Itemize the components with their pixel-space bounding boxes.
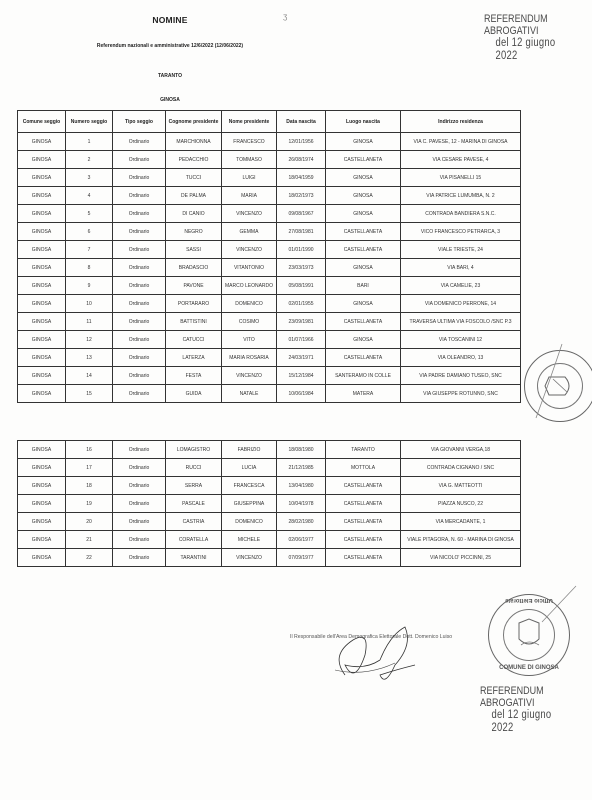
table-cell: Ordinario (113, 549, 166, 567)
table-cell: GINOSA (18, 241, 66, 259)
table-cell: Ordinario (113, 495, 166, 513)
table-cell: 19 (66, 495, 113, 513)
table-cell: 10/04/1978 (277, 495, 326, 513)
table-cell: VIALE TRIESTE, 24 (401, 241, 521, 259)
table-cell: VINCENZO (222, 367, 277, 385)
table-cell: 18/04/1959 (277, 169, 326, 187)
pen-mark: ʒ (283, 12, 287, 21)
table-cell: Ordinario (113, 367, 166, 385)
table-cell: LUIGI (222, 169, 277, 187)
pen-stroke-bottom-icon (540, 584, 580, 624)
table-cell: VIA PATRICE LUMUMBA, N. 2 (401, 187, 521, 205)
table-cell: GINOSA (18, 151, 66, 169)
table-cell: VICO FRANCESCO PETRARCA, 3 (401, 223, 521, 241)
table-cell: MARIA (222, 187, 277, 205)
table-cell: DOMENICO (222, 513, 277, 531)
table-row: GINOSA7OrdinarioSASSIVINCENZO01/01/1990C… (18, 241, 521, 259)
table-row: GINOSA19OrdinarioPASCALEGIUSEPPINA10/04/… (18, 495, 521, 513)
referendum-stamp-top: REFERENDUM ABROGATIVI del 12 giugno 2022 (484, 13, 573, 62)
table-cell: TARANTINI (166, 549, 222, 567)
table-cell: Ordinario (113, 223, 166, 241)
table-cell: LOMAGISTRO (166, 441, 222, 459)
table-cell: GINOSA (18, 205, 66, 223)
table-cell: BRADASCIO (166, 259, 222, 277)
table-cell: RUCCI (166, 459, 222, 477)
table-cell: 3 (66, 169, 113, 187)
table-cell: 9 (66, 277, 113, 295)
table-cell: SASSI (166, 241, 222, 259)
table-cell: CASTELLANETA (326, 531, 401, 549)
table-cell: 1 (66, 133, 113, 151)
table-cell: VIA GIOVANNI VERGA,18 (401, 441, 521, 459)
table-cell: GINOSA (18, 313, 66, 331)
table-cell: VIA TOSCANINI 12 (401, 331, 521, 349)
table-cell: VINCENZO (222, 241, 277, 259)
table-cell: 13 (66, 349, 113, 367)
table-cell: 23/09/1981 (277, 313, 326, 331)
table-row: GINOSA14OrdinarioFESTAVINCENZO15/12/1984… (18, 367, 521, 385)
table-cell: FABRIZIO (222, 441, 277, 459)
table-cell: CASTRIA (166, 513, 222, 531)
table-cell: Ordinario (113, 349, 166, 367)
table-cell: FRANCESCA (222, 477, 277, 495)
table-cell: 18/08/1980 (277, 441, 326, 459)
table-cell: 15/12/1984 (277, 367, 326, 385)
table-cell: FRANCESCO (222, 133, 277, 151)
column-header: Data nascita (277, 111, 326, 133)
column-header: Nome presidente (222, 111, 277, 133)
table-cell: GINOSA (18, 223, 66, 241)
table-cell: DI CANIO (166, 205, 222, 223)
table-cell: Ordinario (113, 331, 166, 349)
table-cell: 21 (66, 531, 113, 549)
table-cell: GINOSA (326, 205, 401, 223)
table-cell: Ordinario (113, 205, 166, 223)
table-cell: TOMMASO (222, 151, 277, 169)
table-row: GINOSA3OrdinarioTUCCILUIGI18/04/1959GINO… (18, 169, 521, 187)
table-cell: GINOSA (18, 385, 66, 403)
table-cell: NEGRO (166, 223, 222, 241)
table-cell: 12/01/1956 (277, 133, 326, 151)
table-cell: VIA PISANELLI 15 (401, 169, 521, 187)
table-cell: VIA CESARE PAVESE, 4 (401, 151, 521, 169)
table-row: GINOSA2OrdinarioPEDACCHIOTOMMASO26/08/19… (18, 151, 521, 169)
table-cell: CASTELLANETA (326, 513, 401, 531)
table-cell: CASTELLANETA (326, 495, 401, 513)
table-cell: FESTA (166, 367, 222, 385)
nomine-table-page1: Comune seggioNumero seggioTipo seggioCog… (17, 110, 521, 403)
referendum-stamp-bottom: REFERENDUM ABROGATIVI del 12 giugno 2022 (480, 685, 572, 734)
table-cell: 16 (66, 441, 113, 459)
table-cell: 01/07/1966 (277, 331, 326, 349)
table-cell: VIA PADRE DAMIANO TUSEO, SNC (401, 367, 521, 385)
document-title: NOMINE (0, 15, 340, 25)
table-cell: GINOSA (18, 495, 66, 513)
table-cell: GINOSA (326, 187, 401, 205)
table-cell: LATERZA (166, 349, 222, 367)
table-cell: CONTRADA CIGNANO / SNC (401, 459, 521, 477)
table-header-row: Comune seggioNumero seggioTipo seggioCog… (18, 111, 521, 133)
table-cell: SERRA (166, 477, 222, 495)
table-cell: 10/06/1984 (277, 385, 326, 403)
table-cell: CASTELLANETA (326, 549, 401, 567)
seal-outer-text: COMUNE DI GINOSA (489, 665, 569, 671)
table-cell: CASTELLANETA (326, 241, 401, 259)
table-row: GINOSA15OrdinarioGUIDANATALE10/06/1984MA… (18, 385, 521, 403)
pen-stroke-icon (530, 340, 570, 420)
table-cell: Ordinario (113, 133, 166, 151)
table-row: GINOSA4OrdinarioDE PALMAMARIA18/02/1973G… (18, 187, 521, 205)
column-header: Tipo seggio (113, 111, 166, 133)
table-cell: GINOSA (18, 549, 66, 567)
table-cell: VIA CAMELIE, 23 (401, 277, 521, 295)
table-cell: VINCENZO (222, 549, 277, 567)
table-cell: NATALE (222, 385, 277, 403)
table-cell: GINOSA (326, 169, 401, 187)
table-cell: 17 (66, 459, 113, 477)
table-cell: 18 (66, 477, 113, 495)
table-cell: DOMENICO (222, 295, 277, 313)
column-header: Luogo nascita (326, 111, 401, 133)
table-cell: GUIDA (166, 385, 222, 403)
table-cell: VIALE PITAGORA, N. 60 - MARINA DI GINOSA (401, 531, 521, 549)
table-row: GINOSA5OrdinarioDI CANIOVINCENZO09/08/19… (18, 205, 521, 223)
stamp-line1: REFERENDUM ABROGATIVI (484, 13, 573, 37)
column-header: Comune seggio (18, 111, 66, 133)
table-cell: LUCIA (222, 459, 277, 477)
table-cell: 21/12/1985 (277, 459, 326, 477)
table-cell: 24/03/1971 (277, 349, 326, 367)
stamp-line2: del 12 giugno 2022 (484, 37, 573, 62)
table-row: GINOSA21OrdinarioCORATELLAMICHELE02/06/1… (18, 531, 521, 549)
column-header: Numero seggio (66, 111, 113, 133)
table-cell: VIA BARI, 4 (401, 259, 521, 277)
table-cell: Ordinario (113, 477, 166, 495)
table-cell: 02/06/1977 (277, 531, 326, 549)
table-cell: MOTTOLA (326, 459, 401, 477)
table-cell: VIA DOMENICO PERRONE, 14 (401, 295, 521, 313)
table-cell: VIA OLEANDRO, 13 (401, 349, 521, 367)
table-cell: 26/08/1974 (277, 151, 326, 169)
table-cell: VIA NICOLO' PICCINNI, 25 (401, 549, 521, 567)
table-cell: 23/03/1973 (277, 259, 326, 277)
commune-label: GINOSA (0, 97, 340, 103)
table-cell: GINOSA (18, 367, 66, 385)
province-label: TARANTO (0, 73, 340, 79)
table-cell: 11 (66, 313, 113, 331)
table-cell: 18/02/1973 (277, 187, 326, 205)
table-cell: VITANTONIO (222, 259, 277, 277)
table-cell: VIA G. MATTEOTTI (401, 477, 521, 495)
table-cell: GIUSEPPINA (222, 495, 277, 513)
table-cell: CORATELLA (166, 531, 222, 549)
table-cell: MARCO LEONARDO (222, 277, 277, 295)
table-cell: GINOSA (18, 259, 66, 277)
table-cell: GEMMA (222, 223, 277, 241)
table-cell: GINOSA (18, 277, 66, 295)
table-cell: CONTRADA BANDIERA S.N.C. (401, 205, 521, 223)
table-cell: 20 (66, 513, 113, 531)
table-cell: GINOSA (18, 477, 66, 495)
table-cell: GINOSA (18, 531, 66, 549)
table-cell: 8 (66, 259, 113, 277)
table-cell: GINOSA (18, 169, 66, 187)
table-cell: Ordinario (113, 241, 166, 259)
table-cell: CASTELLANETA (326, 223, 401, 241)
table-cell: COSIMO (222, 313, 277, 331)
table-cell: VIA MERCADANTE, 1 (401, 513, 521, 531)
table-cell: 7 (66, 241, 113, 259)
table-row: GINOSA11OrdinarioBATTISTINICOSIMO23/09/1… (18, 313, 521, 331)
table-cell: GINOSA (18, 133, 66, 151)
table-cell: GINOSA (326, 295, 401, 313)
table-cell: 12 (66, 331, 113, 349)
table-row: GINOSA22OrdinarioTARANTINIVINCENZO07/09/… (18, 549, 521, 567)
table-cell: GINOSA (18, 295, 66, 313)
table-cell: 2 (66, 151, 113, 169)
table-cell: Ordinario (113, 187, 166, 205)
table-cell: BARI (326, 277, 401, 295)
table-row: GINOSA17OrdinarioRUCCILUCIA21/12/1985MOT… (18, 459, 521, 477)
table-cell: BATTISTINI (166, 313, 222, 331)
table-cell: VITO (222, 331, 277, 349)
table-cell: GINOSA (326, 259, 401, 277)
table-cell: 14 (66, 367, 113, 385)
table-cell: TARANTO (326, 441, 401, 459)
table-cell: DE PALMA (166, 187, 222, 205)
table-cell: Ordinario (113, 441, 166, 459)
table-cell: Ordinario (113, 459, 166, 477)
table-cell: Ordinario (113, 385, 166, 403)
table-cell: GINOSA (18, 349, 66, 367)
table-row: GINOSA16OrdinarioLOMAGISTROFABRIZIO18/08… (18, 441, 521, 459)
table-cell: MARCHIONNA (166, 133, 222, 151)
table-cell: GINOSA (18, 331, 66, 349)
table-cell: 02/01/1955 (277, 295, 326, 313)
table-cell: Ordinario (113, 513, 166, 531)
table-cell: VIA GIUSEPPE ROTUNNO, SNC (401, 385, 521, 403)
nomine-table-page2: GINOSA16OrdinarioLOMAGISTROFABRIZIO18/08… (17, 440, 521, 567)
table-cell: CASTELLANETA (326, 151, 401, 169)
table-cell: CASTELLANETA (326, 349, 401, 367)
column-header: Indirizzo residenza (401, 111, 521, 133)
table-cell: GINOSA (326, 331, 401, 349)
table-cell: GINOSA (18, 513, 66, 531)
table-cell: 22 (66, 549, 113, 567)
table-cell: 05/08/1991 (277, 277, 326, 295)
table-row: GINOSA8OrdinarioBRADASCIOVITANTONIO23/03… (18, 259, 521, 277)
table-cell: 4 (66, 187, 113, 205)
table-cell: Ordinario (113, 531, 166, 549)
table-cell: MICHELE (222, 531, 277, 549)
table-row: GINOSA9OrdinarioPAVONEMARCO LEONARDO05/0… (18, 277, 521, 295)
table-cell: 10 (66, 295, 113, 313)
table-cell: SANTERAMO IN COLLE (326, 367, 401, 385)
table-cell: PORTARARO (166, 295, 222, 313)
table-cell: 01/01/1990 (277, 241, 326, 259)
stamp-line2: del 12 giugno 2022 (480, 709, 572, 734)
table-cell: VINCENZO (222, 205, 277, 223)
table-cell: Ordinario (113, 169, 166, 187)
table-cell: 5 (66, 205, 113, 223)
table-cell: Ordinario (113, 295, 166, 313)
table-cell: PAVONE (166, 277, 222, 295)
table-row: GINOSA10OrdinarioPORTARARODOMENICO02/01/… (18, 295, 521, 313)
table-cell: Ordinario (113, 277, 166, 295)
table-cell: Ordinario (113, 151, 166, 169)
table-row: GINOSA6OrdinarioNEGROGEMMA27/08/1981CAST… (18, 223, 521, 241)
table-cell: TRAVERSA ULTIMA VIA FOSCOLO /SNC P.3 (401, 313, 521, 331)
table-cell: 6 (66, 223, 113, 241)
table-cell: CASTELLANETA (326, 477, 401, 495)
handwritten-signature-icon (325, 615, 435, 690)
table-row: GINOSA13OrdinarioLATERZAMARIA ROSARIA24/… (18, 349, 521, 367)
document-subtitle: Referendum nazionali e amministrative 12… (0, 43, 340, 49)
table-cell: GINOSA (18, 187, 66, 205)
table-cell: Ordinario (113, 259, 166, 277)
table-cell: 28/02/1980 (277, 513, 326, 531)
table-cell: GINOSA (18, 459, 66, 477)
column-header: Cognome presidente (166, 111, 222, 133)
table-cell: 09/08/1967 (277, 205, 326, 223)
table-cell: 15 (66, 385, 113, 403)
table-cell: Ordinario (113, 313, 166, 331)
table-cell: PEDACCHIO (166, 151, 222, 169)
table-cell: MARIA ROSARIA (222, 349, 277, 367)
table-cell: GINOSA (326, 133, 401, 151)
table-cell: 13/04/1980 (277, 477, 326, 495)
table-cell: PASCALE (166, 495, 222, 513)
table-cell: PIAZZA NUSCO, 22 (401, 495, 521, 513)
table-cell: TUCCI (166, 169, 222, 187)
table-cell: 07/09/1977 (277, 549, 326, 567)
table-cell: GINOSA (18, 441, 66, 459)
table-row: GINOSA12OrdinarioCATUCCIVITO01/07/1966GI… (18, 331, 521, 349)
table-cell: MATERA (326, 385, 401, 403)
table-row: GINOSA18OrdinarioSERRAFRANCESCA13/04/198… (18, 477, 521, 495)
table-row: GINOSA1OrdinarioMARCHIONNAFRANCESCO12/01… (18, 133, 521, 151)
table-cell: VIA C. PAVESE, 12 - MARINA DI GINOSA (401, 133, 521, 151)
table-row: GINOSA20OrdinarioCASTRIADOMENICO28/02/19… (18, 513, 521, 531)
table-cell: 27/08/1981 (277, 223, 326, 241)
stamp-line1: REFERENDUM ABROGATIVI (480, 685, 572, 709)
table-cell: CASTELLANETA (326, 313, 401, 331)
table-cell: CATUCCI (166, 331, 222, 349)
